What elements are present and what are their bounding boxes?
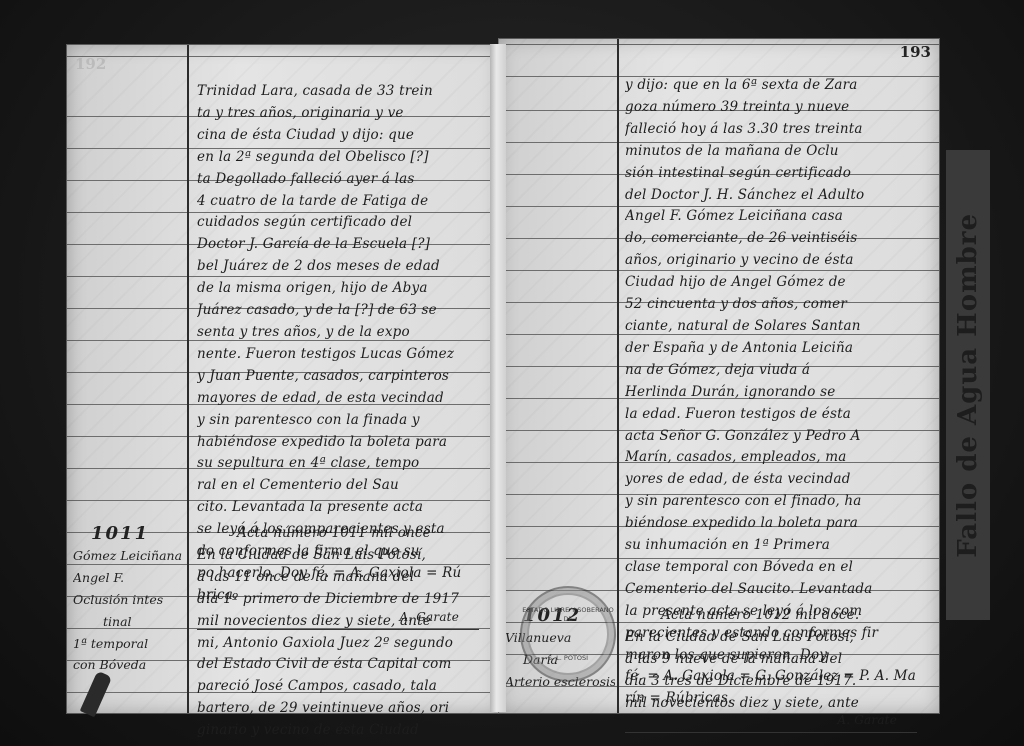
text-line: Angel F. Gómez Leiciñana casa (625, 206, 927, 228)
margin-line: tinal (73, 611, 185, 633)
text-line: habiéndose expedido la boleta para (197, 432, 489, 454)
left-new-entry: Acta número 1011 mil once En la Ciudad d… (197, 523, 489, 742)
text-line: día 1º primero de Diciembre de 1917 (197, 589, 489, 611)
text-line: y dijo: que en la 6ª sexta de Zara (625, 75, 927, 97)
text-line: y Juan Puente, casados, carpinteros (197, 366, 489, 388)
text-line: cuidados según certificado del (197, 212, 489, 234)
text-line: falleció hoy á las 3.30 tres treinta (625, 119, 927, 141)
text-line: goza número 39 treinta y nueve (625, 97, 927, 119)
text-line: ta y tres años, originaria y ve (197, 103, 489, 125)
text-line: y sin parentesco con el finado, ha (625, 491, 927, 513)
side-label-banner: Fallo de Agua Hombre (946, 150, 990, 620)
margin-line: con Bóveda (73, 654, 185, 676)
text-line: 52 cincuenta y dos años, comer (625, 294, 927, 316)
text-line: En la Ciudad de San Luis Potosí, (625, 627, 927, 649)
text-line: biéndose expedido la boleta para (625, 513, 927, 535)
text-line: y sin parentesco con la finada y (197, 410, 489, 432)
text-line: na de Gómez, deja viuda á (625, 360, 927, 382)
text-line: cito. Levantada la presente acta (197, 497, 489, 519)
text-line: Acta número 1012 mil doce. (625, 605, 927, 627)
text-line: á las 11 once de la mañana del (197, 567, 489, 589)
text-line: ciante, natural de Solares Santan (625, 316, 927, 338)
text-line: mayores de edad, de esta vecindad (197, 388, 489, 410)
right-new-entry: Acta número 1012 mil doce. En la Ciudad … (625, 605, 927, 715)
text-line: 4 cuatro de la tarde de Fatiga de (197, 191, 489, 213)
text-line: mil novecientos diez y siete, ante (197, 611, 489, 633)
margin-line: Oclusión intes (73, 589, 185, 611)
text-line: de la misma origen, hijo de Abya (197, 278, 489, 300)
text-line: Acta número 1011 mil once (197, 523, 489, 545)
text-line: Marín, casados, empleados, ma (625, 447, 927, 469)
margin-annotation-1011: 1011 Gómez Leiciñana Angel F. Oclusión i… (73, 523, 185, 676)
text-line: nente. Fueron testigos Lucas Gómez (197, 344, 489, 366)
right-page-number: 193 (900, 43, 931, 61)
text-line: ginario y vecino de ésta Ciudad (197, 720, 489, 742)
text-line: Doctor J. García de la Escuela [?] (197, 234, 489, 256)
text-line: bel Juárez de 2 dos meses de edad (197, 256, 489, 278)
act-number: 1011 (73, 523, 185, 545)
text-line: do, comerciante, de 26 veintiséis (625, 228, 927, 250)
text-line: á las 9 nueve de la mañana del (625, 649, 927, 671)
text-line: día 3 tres de Diciembre de 1917. (625, 671, 927, 693)
text-line: en la 2ª segunda del Obelisco [?] (197, 147, 489, 169)
official-seal-stamp: ESTADO LIBRE Y SOBERANO DE S. L. POTOSÍ (520, 586, 616, 682)
margin-line: Angel F. (73, 567, 185, 589)
text-line: su inhumación en 1ª Primera (625, 535, 927, 557)
text-line: mil novecientos diez y siete, ante (625, 693, 927, 715)
text-line: senta y tres años, y de la expo (197, 322, 489, 344)
text-line: del Doctor J. H. Sánchez el Adulto (625, 185, 927, 207)
text-line: años, originario y vecino de ésta (625, 250, 927, 272)
text-line: cina de ésta Ciudad y dijo: que (197, 125, 489, 147)
text-line: Cementerio del Saucito. Levantada (625, 579, 927, 601)
text-line: acta Señor G. González y Pedro A (625, 426, 927, 448)
seal-text-bottom: S. L. POTOSÍ (522, 654, 614, 663)
side-label-text: Fallo de Agua Hombre (953, 213, 983, 558)
text-line: Ciudad hijo de Angel Gómez de (625, 272, 927, 294)
text-line: ral en el Cementerio del Sau (197, 475, 489, 497)
text-line: yores de edad, de ésta vecindad (625, 469, 927, 491)
open-ledger-book: 192 Trinidad Lara, casada de 33 trein ta… (58, 38, 938, 714)
text-line: mi, Antonio Gaxiola Juez 2º segundo (197, 633, 489, 655)
text-line: del Estado Civil de ésta Capital com (197, 654, 489, 676)
text-line: En la Ciudad de San Luis Potosí, (197, 545, 489, 567)
text-line: clase temporal con Bóveda en el (625, 557, 927, 579)
text-line: sión intestinal según certificado (625, 163, 927, 185)
margin-rule (187, 45, 189, 713)
text-line: Juárez casado, y de la [?] de 63 se (197, 300, 489, 322)
text-line: la edad. Fueron testigos de ésta (625, 404, 927, 426)
text-line: ta Degollado falleció ayer á las (197, 169, 489, 191)
text-line: su sepultura en 4ª clase, tempo (197, 453, 489, 475)
text-line: bartero, de 29 veintinueve años, ori (197, 698, 489, 720)
book-gutter (490, 44, 506, 712)
text-line: Trinidad Lara, casada de 33 trein (197, 81, 489, 103)
left-page-number: 192 (75, 55, 106, 73)
margin-line: 1ª temporal (73, 633, 185, 655)
margin-rule (617, 39, 619, 713)
left-page: 192 Trinidad Lara, casada de 33 trein ta… (66, 44, 499, 714)
text-line: pareció José Campos, casado, tala (197, 676, 489, 698)
margin-line: Gómez Leiciñana (73, 545, 185, 567)
seal-text-top: ESTADO LIBRE Y SOBERANO DE (522, 606, 614, 624)
text-line: Herlinda Durán, ignorando se (625, 382, 927, 404)
text-line: der España y de Antonia Leiciña (625, 338, 927, 360)
text-line: minutos de la mañana de Oclu (625, 141, 927, 163)
